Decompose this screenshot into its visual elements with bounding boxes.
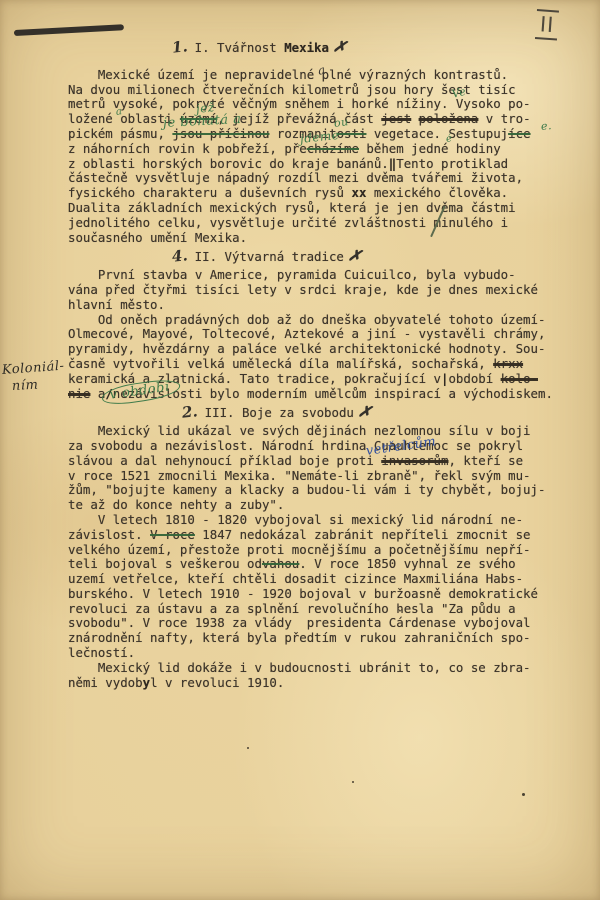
corner-pencil-dash (14, 24, 124, 36)
typed-line: Olmecové, Mayové, Toltecové, Aztekové a … (68, 327, 580, 342)
green-correction-e: é (445, 133, 453, 145)
typed-segment: V roce (150, 527, 195, 542)
typed-line: současného umění Mexika. (68, 231, 580, 246)
handwritten-heading-number: 1. (171, 39, 188, 55)
typed-line: fysického charakteru a duševních rysů xx… (68, 186, 580, 201)
typed-segment: svobodu". V roce 1938 za vlády president… (68, 615, 531, 630)
typed-segment: keramická a zlatnická. Tato tradice, pok… (68, 371, 441, 386)
typed-line: V letech 1810 - 1820 vybojoval si mexick… (68, 513, 580, 528)
typed-segment: 1847 nedokázal zabránit nepříteli zmocni… (195, 527, 531, 542)
typed-line: První stavba v Americe, pyramida Cuicuil… (68, 268, 580, 283)
handwritten-check-mark: ✗ (357, 404, 373, 421)
typed-segment: burského. V letech 1910 - 1920 bojoval v… (68, 586, 538, 601)
typed-line: závislost. V roce 1847 nedokázal zabráni… (68, 528, 580, 543)
typed-segment: jednolitého celku, vysvětluje určité zvl… (68, 215, 508, 230)
typed-segment: současného umění Mexika. (68, 230, 247, 245)
typed-line: němi vydobyl v revoluci 1910. (68, 676, 580, 691)
typed-segment: vegetace. Sestupuj (366, 126, 508, 141)
typed-segment: Olmecové, Mayové, Toltecové, Aztekové a … (68, 326, 545, 341)
typed-segment: hlavní město. (68, 297, 165, 312)
typed-segment: z oblasti horských borovic do kraje baná… (68, 156, 389, 171)
typed-segment: Od oněch pradávných dob až do dneška oby… (68, 312, 545, 327)
typed-line: Dualita základních mexických rysů, která… (68, 201, 580, 216)
typed-line: Na dvou milionech čtverečních kilometrů … (68, 83, 580, 98)
typed-segment: během jedné hodiny (359, 141, 501, 156)
typed-segment: Na dvou milionech čtverečních kilometrů … (68, 82, 516, 97)
typed-segment: y (143, 675, 150, 690)
typed-segment: v tro- (478, 111, 530, 126)
typed-line: revoluci za ústavu a za splnění revolučn… (68, 602, 580, 617)
handwritten-check-mark: ✗ (347, 248, 363, 265)
typed-line: lečností. (68, 646, 580, 661)
section-heading: 1.I. Tvářnost Mexika✗ (68, 40, 580, 56)
typed-line: uzemí vetřelce, kteří chtěli dosadit ciz… (68, 572, 580, 587)
typed-line: pyramidy, hvězdárny a paláce velké archi… (68, 342, 580, 357)
typed-line: znárodnění nafty, která byla předtím v r… (68, 631, 580, 646)
typed-line: vána před čtyřmi tisíci lety v srdci kra… (68, 283, 580, 298)
typed-segment: Mexický lid dokáže i v budoucnosti ubrán… (68, 660, 531, 675)
typed-segment: kolo- (501, 371, 538, 386)
typed-segment: Mexický lid ukázal ve svých dějinách nez… (68, 423, 531, 438)
typed-segment: Mexické území je nepravidelné plné výraz… (68, 67, 508, 82)
paragraph: Mexický lid ukázal ve svých dějinách nez… (68, 424, 580, 690)
paper-speck (352, 781, 354, 783)
typed-segment: slávou a dal nehynoucí příklad boje prot… (68, 453, 381, 468)
typed-segment (411, 111, 418, 126)
typed-line: svobodu". V roce 1938 za vlády president… (68, 616, 580, 631)
typed-segment: vána před čtyřmi tisíci lety v srdci kra… (68, 282, 538, 297)
typed-segment: lečností. (68, 645, 135, 660)
typed-line: teli bojoval s veškerou odvahou. V roce … (68, 557, 580, 572)
typed-segment: l v revoluci 1910. (150, 675, 284, 690)
typed-segment: němi vydob (68, 675, 143, 690)
typed-segment: za svobodu a nezávislost. Národní hrdina… (68, 438, 523, 453)
typed-segment: uzemí vetřelce, kteří chtěli dosadit ciz… (68, 571, 523, 586)
typed-segment: te až do konce nehty a zuby". (68, 497, 284, 512)
typed-line: metrů vysoké, pokryté věčným sněhem i ho… (68, 97, 580, 112)
typed-segment: pickém pásmu, (68, 126, 172, 141)
typed-segment: fysického charakteru a duševních rysů (68, 185, 351, 200)
typed-segment: I. Tvářnost (195, 40, 285, 55)
typed-segment: V letech 1810 - 1820 vybojoval si mexick… (68, 512, 523, 527)
typed-segment: jest (381, 111, 411, 126)
typed-segment: časně vytvořili velká umělecká díla malí… (68, 356, 493, 371)
paragraph: Mexické území je nepravidelné plné výraz… (68, 68, 580, 246)
typed-segment: mexického člověka. (366, 185, 508, 200)
typed-line: ložené oblasti území, jejíž převážná čás… (68, 112, 580, 127)
typed-segment: v roce 1521 zmocnili Mexika. "Nemáte-li … (68, 468, 531, 483)
typed-line: za svobodu a nezávislost. Národní hrdina… (68, 439, 580, 454)
typed-segment: teli bojoval s veškerou od (68, 556, 262, 571)
typed-segment: II. Výtvarná tradice (195, 249, 344, 264)
typed-segment: . V roce 1850 vyhnal ze svého (299, 556, 515, 571)
handwritten-heading-number: 2. (181, 405, 198, 421)
page-number-mark: II (535, 9, 559, 40)
paper-speck (522, 793, 525, 796)
handwritten-check-mark: ✗ (332, 39, 348, 56)
typed-segment: , kteří se (448, 453, 523, 468)
typed-segment: Tento protiklad (396, 156, 508, 171)
typed-segment: xx (351, 185, 366, 200)
typed-segment: z náhorních rovin k pobřeží, pře (68, 141, 307, 156)
typed-segment: závislost. (68, 527, 150, 542)
typed-segment: období (448, 371, 500, 386)
typed-segment: nie (68, 386, 90, 401)
typed-segment: Mexika (284, 40, 329, 55)
typed-line: burského. V letech 1910 - 1920 bojoval v… (68, 587, 580, 602)
typed-line: velkého území, přestože proti mocnějšímu… (68, 543, 580, 558)
paper-speck (247, 747, 249, 749)
typed-line: částečně vysvětluje nápadný rozdíl mezi … (68, 171, 580, 186)
typed-segment: pyramidy, hvězdárny a paláce velké archi… (68, 341, 545, 356)
typed-line: slávou a dal nehynoucí příklad boje prot… (68, 454, 580, 469)
typed-segment: krxx (493, 356, 523, 371)
typed-segment: velkého území, přestože proti mocnějšímu… (68, 542, 531, 557)
typed-segment: položena (419, 111, 479, 126)
section-heading: 2.III. Boje za svobodu✗ (68, 405, 580, 421)
green-correction-tail: e. (540, 119, 552, 133)
typed-line: jednolitého celku, vysvětluje určité zvl… (68, 216, 580, 231)
typed-line: žům, "bojujte kameny a klacky a budou-li… (68, 483, 580, 498)
accent-mark: ˇ (396, 608, 403, 622)
handwritten-heading-number: 4. (171, 249, 188, 265)
typed-line: hlavní město. (68, 298, 580, 313)
typed-segment: částečně vysvětluje nápadný rozdíl mezi … (68, 170, 523, 185)
typed-segment: První stavba v Americe, pyramida Cuicuil… (68, 267, 516, 282)
typed-segment: znárodnění nafty, která byla předtím v r… (68, 630, 531, 645)
typed-line: časně vytvořili velká umělecká díla malí… (68, 357, 580, 372)
typed-segment: žům, "bojujte kameny a klacky a budou-li… (68, 482, 545, 497)
typed-segment: íce (508, 126, 530, 141)
typed-line: z oblasti horských borovic do kraje baná… (68, 157, 580, 172)
typed-segment: revoluci za ústavu a za splnění revolučn… (68, 601, 516, 616)
typed-segment: III. Boje za svobodu (205, 405, 354, 420)
typed-line: te až do konce nehty a zuby". (68, 498, 580, 513)
typed-line: Od oněch pradávných dob až do dneška oby… (68, 313, 580, 328)
typed-line: z náhorních rovin k pobřeží, přecházíme … (68, 142, 580, 157)
section-heading: 4.II. Výtvarná tradice✗ (68, 249, 580, 265)
margin-note-kolonial: Koloniál- (1, 359, 64, 378)
typed-segment: Dualita základních mexických rysů, která… (68, 200, 516, 215)
typed-line: v roce 1521 zmocnili Mexika. "Nemáte-li … (68, 469, 580, 484)
typed-line: Mexický lid dokáže i v budoucnosti ubrán… (68, 661, 580, 676)
document-page: 1.I. Tvářnost Mexika✗ Mexické území je n… (0, 0, 600, 900)
typed-line: Mexický lid ukázal ve svých dějinách nez… (68, 424, 580, 439)
margin-note-nim: ním (12, 378, 39, 394)
typed-segment: vahou (262, 556, 299, 571)
